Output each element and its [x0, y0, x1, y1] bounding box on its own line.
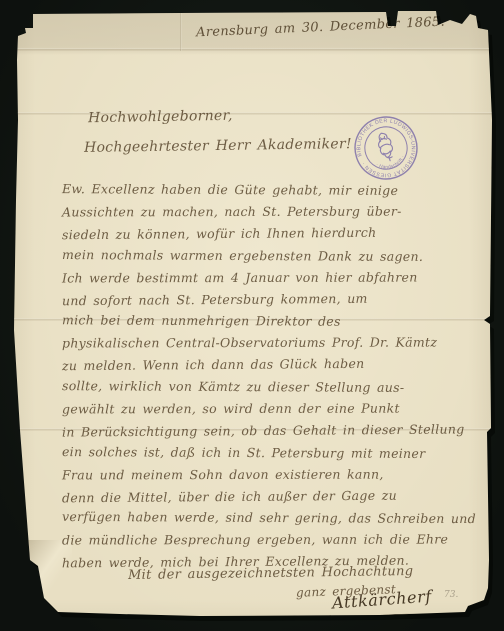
body-line: in Berücksichtigung sein, ob das Gehalt …	[62, 421, 465, 439]
salutation-line2: Hochgeehrtester Herr Akademiker!	[84, 136, 352, 156]
stamp-lion-crest	[375, 131, 396, 162]
library-stamp: BIBLIOTHEK DER LUDWIGS-UNIVERSITÄT GIESS…	[343, 105, 429, 191]
scanned-letter-photo: BIBLIOTHEK DER LUDWIGS-UNIVERSITÄT GIESS…	[0, 0, 504, 631]
body-line: zu melden. Wenn ich dann das Glück haben	[62, 356, 365, 373]
body-line: mich bei dem nunmehrigen Direktor des	[62, 312, 341, 328]
body-line: Ich werde bestimmt am 4 Januar von hier …	[62, 270, 418, 286]
fold-crease-upper	[0, 112, 504, 115]
fold-crease-top	[0, 48, 504, 51]
salutation-line1: Hochwohlgeborner,	[88, 108, 233, 127]
closing-phrase: Mit der ausgezeichnetsten Hochachtung	[128, 564, 414, 583]
dateline: Arensburg am 30. December 1865.	[196, 15, 445, 41]
body-line: siedeln zu können, wofür ich Ihnen hierd…	[62, 225, 377, 242]
fold-crease-vertical	[180, 13, 182, 51]
body-line: verfügen haben werde, sind sehr gering, …	[62, 509, 476, 526]
body-line: und sofort nach St. Petersburg kommen, u…	[62, 291, 368, 308]
letter-paper: BIBLIOTHEK DER LUDWIGS-UNIVERSITÄT GIESS…	[0, 0, 504, 631]
body-line: gewählt zu werden, so wird denn der eine…	[62, 401, 400, 417]
body-line: mein nochmals warmen ergebensten Dank zu…	[62, 247, 423, 264]
body-line: Frau und meinem Sohn davon existieren ka…	[62, 467, 384, 483]
corner-fold	[26, 540, 72, 616]
body-line: ein solches ist, daß ich in St. Petersbu…	[62, 444, 425, 461]
stamp-ring-text: BIBLIOTHEK DER LUDWIGS-UNIVERSITÄT GIESS…	[348, 110, 423, 186]
svg-text:BIBLIOTHEK DER LUDWIGS-UNIVERS: BIBLIOTHEK DER LUDWIGS-UNIVERSITÄT GIESS…	[348, 110, 423, 186]
body-line: sollte, wirklich von Kämtz zu dieser Ste…	[62, 378, 404, 395]
body-line: Aussichten zu machen, nach St. Petersbur…	[62, 204, 402, 220]
archive-page-number: 73.	[444, 590, 458, 600]
body-line: denn die Mittel, über die ich außer der …	[62, 488, 397, 506]
body-line: die mündliche Besprechung ergeben, wann …	[62, 531, 448, 547]
body-line: physikalischen Central-Observatoriums Pr…	[62, 335, 437, 351]
body-line: Ew. Excellenz haben die Güte gehabt, mir…	[62, 181, 398, 198]
